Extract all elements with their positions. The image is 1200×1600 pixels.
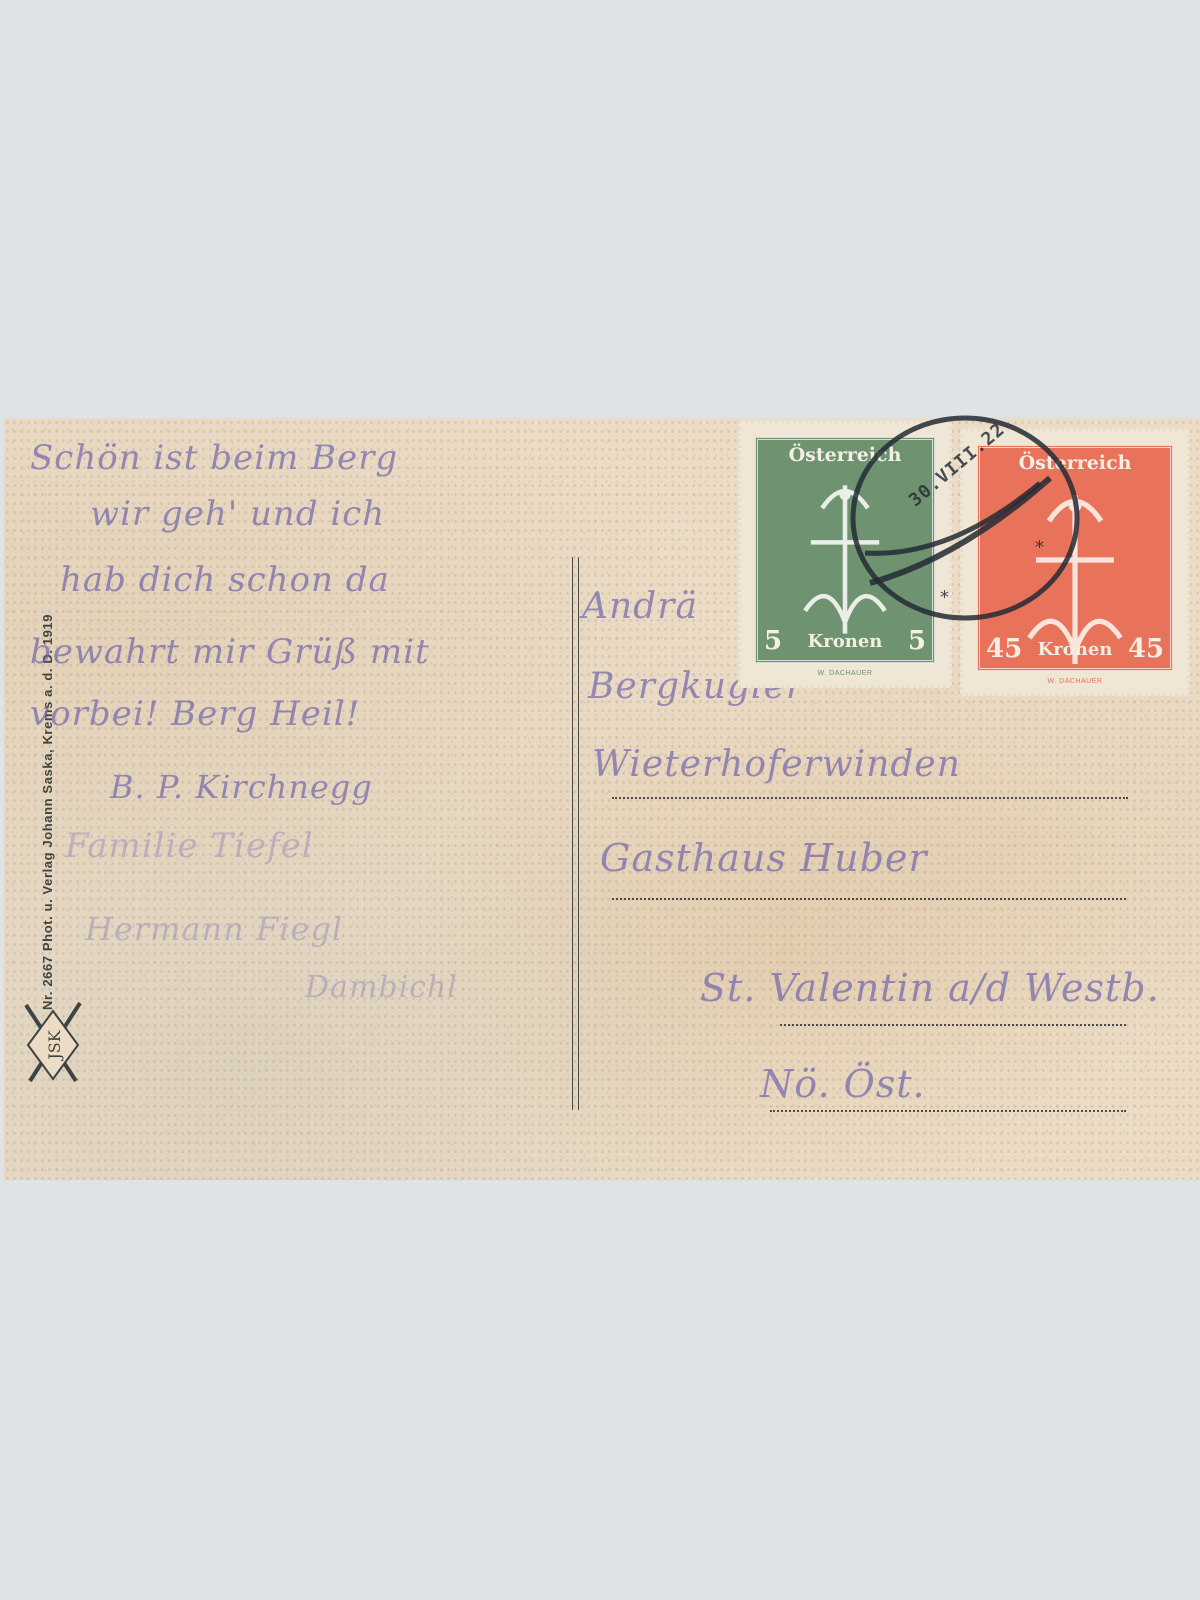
message-line: B. P. Kirchnegg [110,768,373,806]
stamp-face: Österreich 5 Kronen 5 [755,437,935,663]
message-line: Dambichl [305,970,458,1005]
hammer-wheat-ornament-icon [788,474,902,645]
address-line: Andrä [582,586,698,627]
address-line-rule [612,898,1126,900]
address-divider [572,557,579,1110]
logo-text: JSK [45,1029,64,1061]
address-line-rule [780,1024,1126,1026]
address-line-rule [770,1110,1126,1112]
stamp-country: Österreich [758,444,932,466]
publisher-imprint: Nr. 2667 Phot. u. Verlag Johann Saska, K… [40,614,55,1010]
message-line: Familie Tiefel [65,826,314,866]
address-line: Nö. Öst. [760,1062,926,1106]
message-line: Hermann Fiegl [85,910,343,948]
message-line: hab dich schon da [60,560,390,600]
jsk-monogram-crossed-pens-icon: JSK [22,995,84,1085]
message-line: vorbei! Berg Heil! [30,694,360,734]
address-line-rule [612,797,1128,799]
stamp-country: Österreich [980,452,1170,474]
stamp-designer: W. DACHAUER [741,670,949,677]
stamp-value-right: 5 [908,626,926,656]
stamp-value-right: 45 [1128,634,1164,664]
message-line: bewahrt mir Grüß mit [30,632,430,672]
message-line: Schön ist beim Berg [30,438,398,478]
address-line: St. Valentin a/d Westb. [700,966,1160,1010]
address-line: Gasthaus Huber [600,836,928,880]
stamp-currency: Kronen [758,631,932,652]
stamp-face: Österreich 45 Kronen 45 [977,445,1173,671]
address-line: Wieterhoferwinden [592,744,961,785]
stamp-5-kronen: Österreich 5 Kronen 5 W. DACHAUER [738,420,952,688]
stamp-designer: W. DACHAUER [963,678,1187,685]
message-line: wir geh' und ich [90,494,385,534]
stamp-45-kronen: Österreich 45 Kronen 45 W. DACHAUER [960,428,1190,696]
